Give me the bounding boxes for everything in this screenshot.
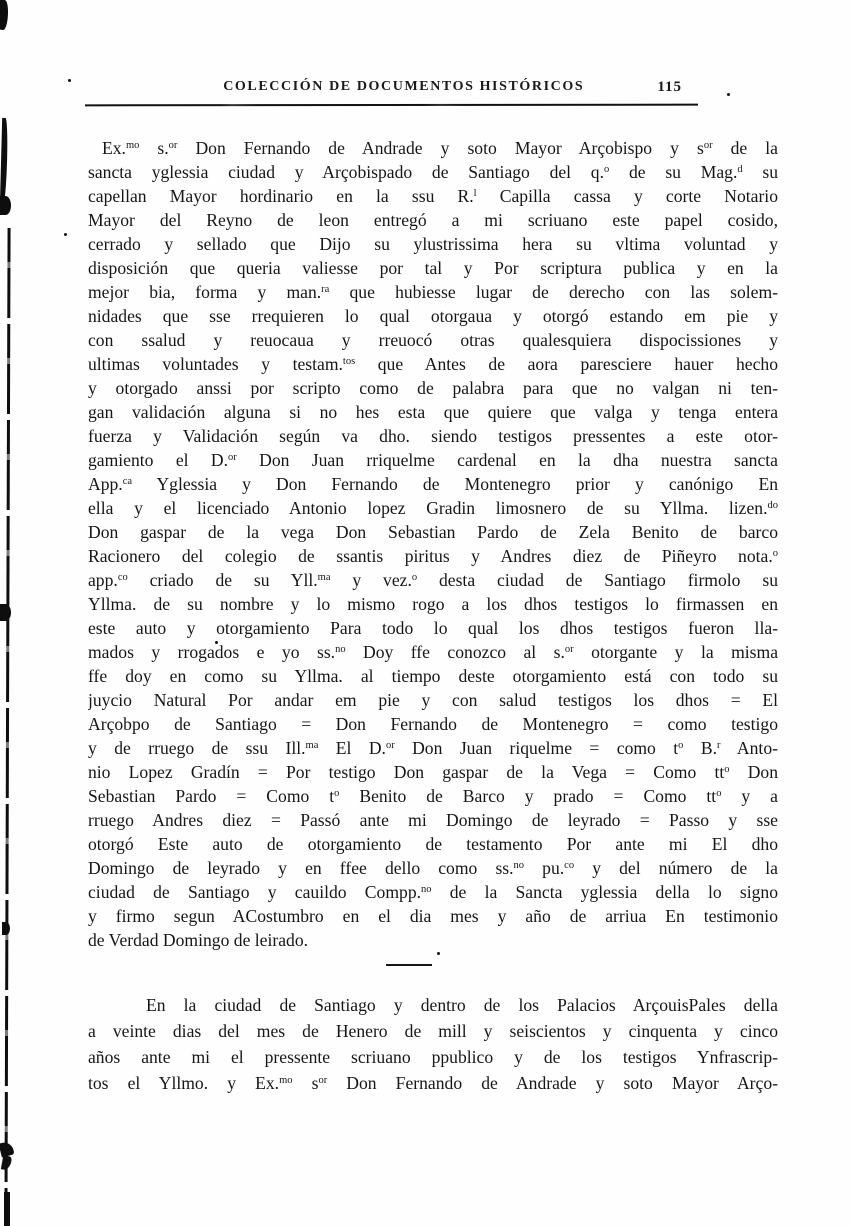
scan-speck: [64, 233, 67, 236]
text-line: mados y rrogados e yo ss.no Doy ffe cono…: [88, 640, 778, 664]
superscript-abbreviation: r: [717, 740, 721, 751]
text-line: nio Lopez Gradín = Por testigo Don gaspa…: [88, 760, 778, 784]
text-line: En la ciudad de Santiago y dentro de los…: [88, 992, 778, 1018]
text-line: App.ca Yglessia y Don Fernando de Monten…: [88, 472, 778, 496]
text-line: mejor bia, forma y man.ra que hubiesse l…: [88, 280, 778, 304]
scan-artifact: [0, 196, 11, 215]
superscript-abbreviation: no: [335, 644, 346, 655]
superscript-abbreviation: do: [768, 500, 779, 511]
running-header-title: COLECCIÓN DE DOCUMENTOS HISTÓRICOS: [223, 79, 584, 95]
superscript-abbreviation: d: [737, 164, 742, 175]
text-line: Domingo de leyrado y en ffee dello como …: [88, 856, 778, 880]
text-line: Don gaspar de la vega Don Sebastian Pard…: [88, 520, 778, 544]
text-line: ella y el licenciado Antonio lopez Gradi…: [88, 496, 778, 520]
scan-artifact: [0, 1141, 15, 1158]
superscript-abbreviation: o: [604, 164, 609, 175]
header-rule: [85, 104, 698, 107]
text-line: Yllma. de su nombre y lo mismo rogo a lo…: [88, 592, 778, 616]
text-line: y otorgado anssi por scripto como de pal…: [88, 376, 778, 400]
running-header: COLECCIÓN DE DOCUMENTOS HISTÓRICOS 115: [85, 79, 698, 101]
paragraph-santiago-opening: En la ciudad de Santiago y dentro de los…: [88, 992, 778, 1096]
text-line: fuerza y Validación según va dho. siendo…: [88, 424, 778, 448]
scan-artifact: [4, 1192, 10, 1226]
text-line: app.co criado de su Yll.ma y vez.o desta…: [88, 568, 778, 592]
text-line: capellan Mayor hordinario en la ssu R.l …: [88, 184, 778, 208]
scan-artifact: [0, 604, 11, 621]
superscript-abbreviation: mo: [126, 140, 139, 151]
text-line: cerrado y sellado que Dijo su ylustrissi…: [88, 232, 778, 256]
superscript-abbreviation: o: [724, 764, 729, 775]
text-line: rruego Andres diez = Passó ante mi Domin…: [88, 808, 778, 832]
scan-artifact: [1, 1155, 12, 1170]
superscript-abbreviation: l: [474, 188, 477, 199]
superscript-abbreviation: co: [564, 860, 574, 871]
superscript-abbreviation: or: [704, 140, 713, 151]
text-line: sancta yglessia ciudad y Arçobispado de …: [88, 160, 778, 184]
scan-speck: [727, 93, 730, 96]
text-line: Ex.mo s.or Don Fernando de Andrade y sot…: [88, 136, 778, 160]
superscript-abbreviation: or: [169, 140, 178, 151]
text-line: disposición que queria valiesse por tal …: [88, 256, 778, 280]
scan-speck: [68, 79, 71, 82]
text-line: gan validación alguna si no hes esta que…: [88, 400, 778, 424]
text-line: ultimas voluntades y testam.tos que Ante…: [88, 352, 778, 376]
book-page: COLECCIÓN DE DOCUMENTOS HISTÓRICOS 115 E…: [0, 0, 850, 1226]
superscript-abbreviation: o: [773, 548, 778, 559]
page-number: 115: [657, 79, 682, 96]
text-line: ciudad de Santiago y cauildo Compp.no de…: [88, 880, 778, 904]
text-line: Sebastian Pardo = Como to Benito de Barc…: [88, 784, 778, 808]
paragraph-testament-closing: Ex.mo s.or Don Fernando de Andrade y sot…: [88, 136, 778, 952]
superscript-abbreviation: ca: [123, 476, 132, 487]
superscript-abbreviation: ra: [321, 284, 329, 295]
text-line: nidades que sse rrequieren lo qual otorg…: [88, 304, 778, 328]
scan-artifact: [0, 0, 5, 27]
superscript-abbreviation: or: [386, 740, 395, 751]
superscript-abbreviation: no: [514, 860, 525, 871]
text-line: ffe doy en como su Yllma. al tiempo dest…: [88, 664, 778, 688]
superscript-abbreviation: ma: [306, 740, 319, 751]
text-line: Racionero del colegio de ssantis piritus…: [88, 544, 778, 568]
superscript-abbreviation: no: [421, 884, 432, 895]
superscript-abbreviation: co: [118, 572, 128, 583]
superscript-abbreviation: or: [318, 1075, 327, 1086]
text-line: tos el Yllmo. y Ex.mo sor Don Fernando d…: [88, 1070, 778, 1096]
text-line: gamiento el D.or Don Juan rriquelme card…: [88, 448, 778, 472]
text-line: a veinte dias del mes de Henero de mill …: [88, 1018, 778, 1044]
text-line: este auto y otorgamiento Para todo lo qu…: [88, 616, 778, 640]
scan-artifact-binding-line: [4, 228, 10, 1226]
document-text: Ex.mo s.or Don Fernando de Andrade y sot…: [88, 136, 778, 1096]
text-line: y de rruego de ssu Ill.ma El D.or Don Ju…: [88, 736, 778, 760]
superscript-abbreviation: o: [412, 572, 417, 583]
superscript-abbreviation: or: [228, 452, 237, 463]
section-divider-rule: [386, 964, 432, 966]
text-line: años ante mi el pressente scriuano ppubl…: [88, 1044, 778, 1070]
superscript-abbreviation: o: [334, 788, 339, 799]
text-line: con ssalud y reuocaua y rreuocó otras qu…: [88, 328, 778, 352]
text-line: otorgó Este auto de otorgamiento de test…: [88, 832, 778, 856]
text-line: Arçobpo de Santiago = Don Fernando de Mo…: [88, 712, 778, 736]
superscript-abbreviation: ma: [318, 572, 331, 583]
scan-artifact: [0, 118, 8, 208]
scan-artifact: [2, 922, 10, 935]
superscript-abbreviation: tos: [343, 356, 355, 367]
superscript-abbreviation: o: [716, 788, 721, 799]
text-line: y firmo segun ACostumbro en el dia mes y…: [88, 904, 778, 928]
text-line: juycio Natural Por andar em pie y con sa…: [88, 688, 778, 712]
superscript-abbreviation: mo: [279, 1075, 292, 1086]
superscript-abbreviation: or: [565, 644, 574, 655]
superscript-abbreviation: o: [678, 740, 683, 751]
text-line: de Verdad Domingo de leirado.: [88, 928, 778, 952]
text-line: Mayor del Reyno de leon entregó a mi scr…: [88, 208, 778, 232]
